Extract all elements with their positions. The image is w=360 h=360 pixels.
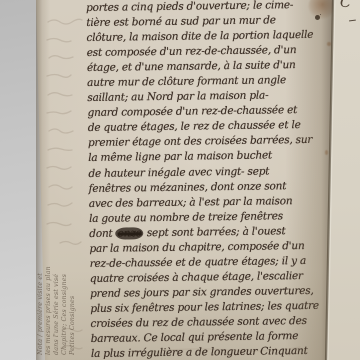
margin-note: Nota / première visite etles mesures pri…: [36, 235, 84, 355]
struck-word: onze: [116, 227, 144, 239]
margin-note-line: Nota / première visite et: [36, 235, 44, 355]
gutter-shadow: [285, 0, 333, 360]
manuscript-photo: Nota / première visite etles mesures pri…: [0, 0, 360, 360]
margin-note-line: Chapitre; Ces consignes: [60, 235, 68, 355]
margin-note-line: les mesures prises au plan: [44, 235, 52, 355]
margin-note-line: dans l'une Série est visé: [52, 235, 60, 355]
margin-note-line: Petites Consignes: [68, 235, 76, 355]
